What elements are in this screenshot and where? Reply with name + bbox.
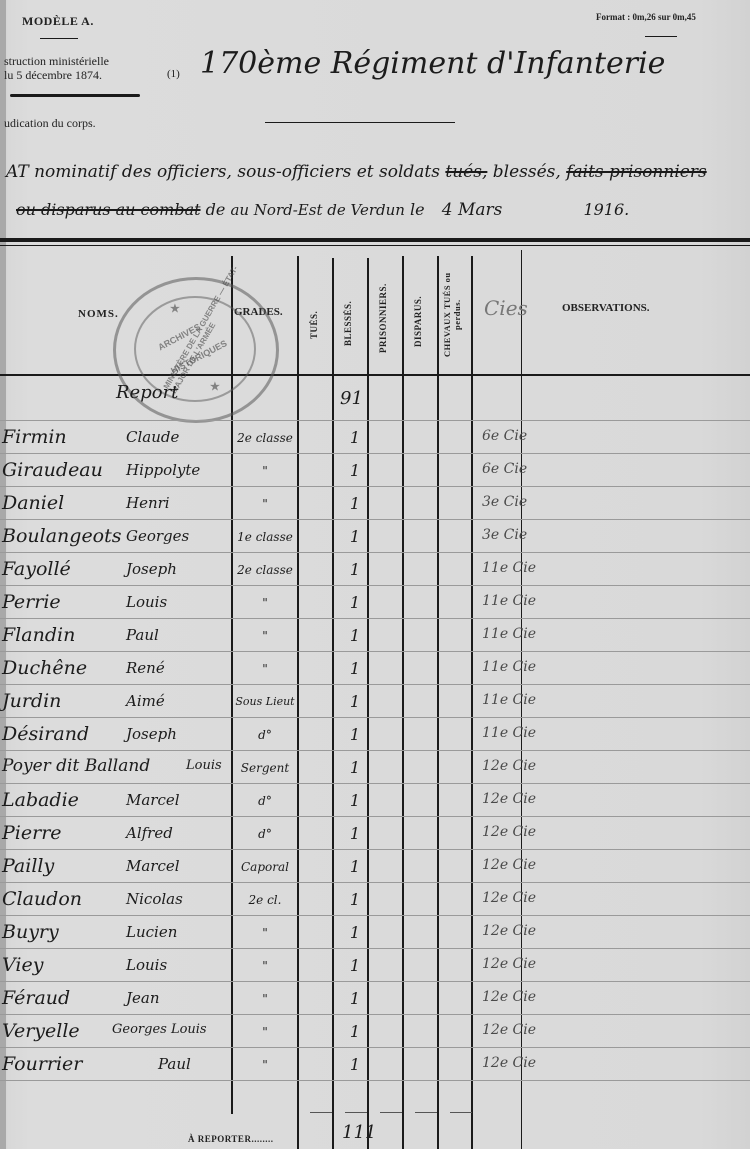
- table-row: Labadie Marcel d° 1 12e Cie: [0, 785, 750, 818]
- soldier-blesses: 1: [340, 857, 370, 876]
- soldier-surname: Firmin: [2, 426, 67, 448]
- soldier-grade: Caporal: [232, 860, 298, 874]
- header-rule-thin: [0, 245, 750, 246]
- soldier-company: 3e Cie: [482, 494, 527, 510]
- title-struck-prisonniers: faits prisonniers: [566, 162, 706, 182]
- soldier-company: 12e Cie: [482, 791, 536, 807]
- table-row: Veryelle Georges Louis " 1 12e Cie: [0, 1016, 750, 1049]
- soldier-grade: ": [232, 1025, 298, 1039]
- title-line-2: ou disparus au combat de au Nord-Est de …: [16, 200, 629, 220]
- soldier-surname: Buyry: [2, 921, 59, 943]
- soldier-grade: ": [232, 1058, 298, 1072]
- soldier-surname: Duchêne: [2, 657, 87, 679]
- note-marker: (1): [167, 68, 180, 80]
- soldier-firstname: Nicolas: [126, 890, 183, 908]
- column-header-noms: NOMS.: [78, 308, 119, 320]
- soldier-blesses: 1: [340, 956, 370, 975]
- soldier-firstname: Hippolyte: [126, 461, 200, 479]
- soldier-firstname: Jean: [126, 989, 160, 1007]
- soldier-surname: Fourrier: [2, 1053, 82, 1075]
- table-row: Perrie Louis " 1 11e Cie: [0, 587, 750, 620]
- stamp-star-icon: ★: [210, 380, 220, 393]
- ruled-line: [0, 420, 750, 421]
- soldier-firstname: Joseph: [126, 725, 177, 743]
- soldier-grade: 2e cl.: [232, 893, 298, 907]
- format-label: Format : 0m,26 sur 0m,45: [596, 12, 696, 22]
- soldier-blesses: 1: [340, 527, 370, 546]
- combat-year: 1916: [583, 200, 624, 219]
- table-row: Daniel Henri " 1 3e Cie: [0, 488, 750, 521]
- title-blesses: blessés,: [493, 162, 561, 182]
- table-row: Duchêne René " 1 11e Cie: [0, 653, 750, 686]
- soldier-surname: Pailly: [2, 855, 54, 877]
- soldier-firstname: Henri: [126, 494, 170, 512]
- soldier-surname: Giraudeau: [2, 459, 103, 481]
- soldier-company: 12e Cie: [482, 956, 536, 972]
- soldier-grade: ": [232, 596, 298, 610]
- column-header-tues: TUÉS.: [309, 300, 319, 350]
- table-row: Fayollé Joseph 2e classe 1 11e Cie: [0, 554, 750, 587]
- soldier-grade: 2e classe: [232, 563, 298, 577]
- soldier-company: 12e Cie: [482, 923, 536, 939]
- column-header-prisonniers: PRISONNIERS.: [378, 278, 388, 358]
- soldier-blesses: 1: [340, 1022, 370, 1041]
- soldier-company: 12e Cie: [482, 890, 536, 906]
- table-row: Buyry Lucien " 1 12e Cie: [0, 917, 750, 950]
- soldier-grade: Sergent: [232, 761, 298, 775]
- title-line-1: AT nominatif des officiers, sous-officie…: [6, 162, 707, 182]
- soldier-surname: Poyer dit Balland: [2, 756, 150, 776]
- soldier-company: 11e Cie: [482, 725, 536, 741]
- soldier-company: 12e Cie: [482, 824, 536, 840]
- soldier-grade: 2e classe: [232, 431, 298, 445]
- soldier-blesses: 1: [340, 791, 370, 810]
- soldier-blesses: 1: [340, 923, 370, 942]
- indication-label: udication du corps.: [4, 116, 96, 131]
- soldier-firstname: Louis: [186, 758, 222, 773]
- a-reporter-total: 111: [342, 1122, 376, 1143]
- soldier-blesses: 1: [340, 626, 370, 645]
- total-dash: [380, 1112, 402, 1113]
- soldier-blesses: 1: [340, 824, 370, 843]
- soldier-company: 3e Cie: [482, 527, 527, 543]
- modele-label: MODÈLE A.: [22, 14, 94, 29]
- soldier-surname: Perrie: [2, 591, 61, 613]
- stamp-star-icon: ★: [170, 302, 180, 315]
- title-le: le: [410, 200, 425, 219]
- combat-location: au Nord-Est de Verdun: [230, 201, 405, 219]
- soldier-grade: d°: [232, 728, 298, 742]
- soldier-grade: Sous Lieut: [232, 695, 298, 708]
- regiment-underline: [265, 122, 455, 123]
- soldier-firstname: Alfred: [126, 824, 173, 842]
- total-dash: [310, 1112, 332, 1113]
- column-header-blesses: BLESSÉS.: [343, 288, 353, 358]
- column-header-cies: Cies: [484, 296, 528, 320]
- soldier-firstname: Lucien: [126, 923, 177, 941]
- soldier-company: 12e Cie: [482, 989, 536, 1005]
- soldier-firstname: Claude: [126, 428, 179, 446]
- soldier-surname: Flandin: [2, 624, 75, 646]
- report-label: Report: [116, 382, 178, 403]
- combat-date: 4 Mars: [442, 200, 503, 220]
- title-struck-disparus: ou disparus au combat: [16, 200, 201, 219]
- table-row: Flandin Paul " 1 11e Cie: [0, 620, 750, 653]
- title-struck-tues: tués,: [445, 162, 487, 182]
- soldier-firstname: Georges Louis: [112, 1022, 207, 1037]
- soldier-grade: ": [232, 464, 298, 478]
- soldier-blesses: 1: [340, 692, 370, 711]
- soldier-firstname: Louis: [126, 956, 167, 974]
- soldier-company: 11e Cie: [482, 593, 536, 609]
- soldier-blesses: 1: [340, 1055, 370, 1074]
- table-row: Pailly Marcel Caporal 1 12e Cie: [0, 851, 750, 884]
- soldier-grade: ": [232, 629, 298, 643]
- soldier-firstname: Marcel: [126, 857, 180, 875]
- column-header-observations: OBSERVATIONS.: [562, 302, 650, 314]
- total-dash: [345, 1112, 367, 1113]
- soldier-grade: ": [232, 662, 298, 676]
- soldier-company: 12e Cie: [482, 758, 536, 774]
- soldier-company: 11e Cie: [482, 626, 536, 642]
- table-row: Poyer dit Balland Louis Sergent 1 12e Ci…: [0, 752, 750, 785]
- soldier-blesses: 1: [340, 890, 370, 909]
- divider: [40, 38, 78, 39]
- table-row: Boulangeots Georges 1e classe 1 3e Cie: [0, 521, 750, 554]
- soldier-grade: 1e classe: [232, 530, 298, 544]
- soldier-company: 12e Cie: [482, 1055, 536, 1071]
- table-row: Giraudeau Hippolyte " 1 6e Cie: [0, 455, 750, 488]
- soldier-firstname: Paul: [158, 1055, 191, 1073]
- soldier-company: 12e Cie: [482, 1022, 536, 1038]
- soldier-company: 12e Cie: [482, 857, 536, 873]
- soldier-blesses: 1: [340, 461, 370, 480]
- a-reporter-label: À REPORTER........: [188, 1134, 273, 1144]
- soldier-company: 11e Cie: [482, 659, 536, 675]
- soldier-surname: Claudon: [2, 888, 82, 910]
- soldier-surname: Fayollé: [2, 558, 71, 580]
- soldier-blesses: 1: [340, 494, 370, 513]
- soldier-firstname: Louis: [126, 593, 167, 611]
- soldier-surname: Jurdin: [2, 690, 61, 712]
- soldier-surname: Boulangeots: [2, 525, 122, 547]
- soldier-blesses: 1: [340, 725, 370, 744]
- soldier-firstname: Georges: [126, 527, 189, 545]
- table-row: Désirand Joseph d° 1 11e Cie: [0, 719, 750, 752]
- soldier-company: 11e Cie: [482, 560, 536, 576]
- table-row: Viey Louis " 1 12e Cie: [0, 950, 750, 983]
- soldier-surname: Viey: [2, 954, 43, 976]
- soldier-blesses: 1: [340, 593, 370, 612]
- soldier-firstname: Paul: [126, 626, 159, 644]
- soldier-blesses: 1: [340, 659, 370, 678]
- soldier-company: 11e Cie: [482, 692, 536, 708]
- soldier-surname: Désirand: [2, 723, 89, 745]
- soldier-surname: Féraud: [2, 987, 70, 1009]
- table-row: Jurdin Aimé Sous Lieut 1 11e Cie: [0, 686, 750, 719]
- divider: [645, 36, 677, 37]
- column-header-rule: [0, 374, 750, 376]
- soldier-surname: Pierre: [2, 822, 62, 844]
- soldier-grade: ": [232, 926, 298, 940]
- soldier-firstname: René: [126, 659, 165, 677]
- soldier-grade: ": [232, 497, 298, 511]
- soldier-surname: Veryelle: [2, 1020, 80, 1042]
- total-dash: [450, 1112, 472, 1113]
- soldier-blesses: 1: [340, 758, 370, 777]
- title-de: de: [206, 200, 226, 219]
- table-row: Pierre Alfred d° 1 12e Cie: [0, 818, 750, 851]
- register-page: MODÈLE A. struction ministérielle lu 5 d…: [0, 0, 750, 1149]
- soldier-grade: ": [232, 992, 298, 1006]
- table-row: Firmin Claude 2e classe 1 6e Cie: [0, 422, 750, 455]
- soldier-grade: d°: [232, 794, 298, 808]
- soldier-firstname: Marcel: [126, 791, 180, 809]
- report-blesses: 91: [340, 388, 363, 409]
- instruction-line-2: lu 5 décembre 1874.: [4, 68, 102, 83]
- column-header-chevaux: CHEVAUX TUÉS ou perdus.: [442, 270, 466, 360]
- soldier-blesses: 1: [340, 560, 370, 579]
- soldier-grade: d°: [232, 827, 298, 841]
- total-dash: [415, 1112, 437, 1113]
- soldier-grade: ": [232, 959, 298, 973]
- soldier-company: 6e Cie: [482, 428, 527, 444]
- table-row: Claudon Nicolas 2e cl. 1 12e Cie: [0, 884, 750, 917]
- table-row: Fourrier Paul " 1 12e Cie: [0, 1049, 750, 1082]
- column-header-disparus: DISPARUS.: [413, 284, 423, 358]
- table-row: Féraud Jean " 1 12e Cie: [0, 983, 750, 1016]
- header-rule-thick: [0, 238, 750, 242]
- soldier-firstname: Aimé: [126, 692, 165, 710]
- title-prefix: AT nominatif des officiers, sous-officie…: [6, 162, 440, 182]
- soldier-company: 6e Cie: [482, 461, 527, 477]
- soldier-firstname: Joseph: [126, 560, 177, 578]
- instruction-line-1: struction ministérielle: [4, 54, 109, 69]
- regiment-name: 170ème Régiment d'Infanterie: [200, 46, 665, 81]
- soldier-blesses: 1: [340, 989, 370, 1008]
- soldier-surname: Labadie: [2, 789, 79, 811]
- soldier-blesses: 1: [340, 428, 370, 447]
- soldier-surname: Daniel: [2, 492, 64, 514]
- ornament-rule: [10, 94, 140, 97]
